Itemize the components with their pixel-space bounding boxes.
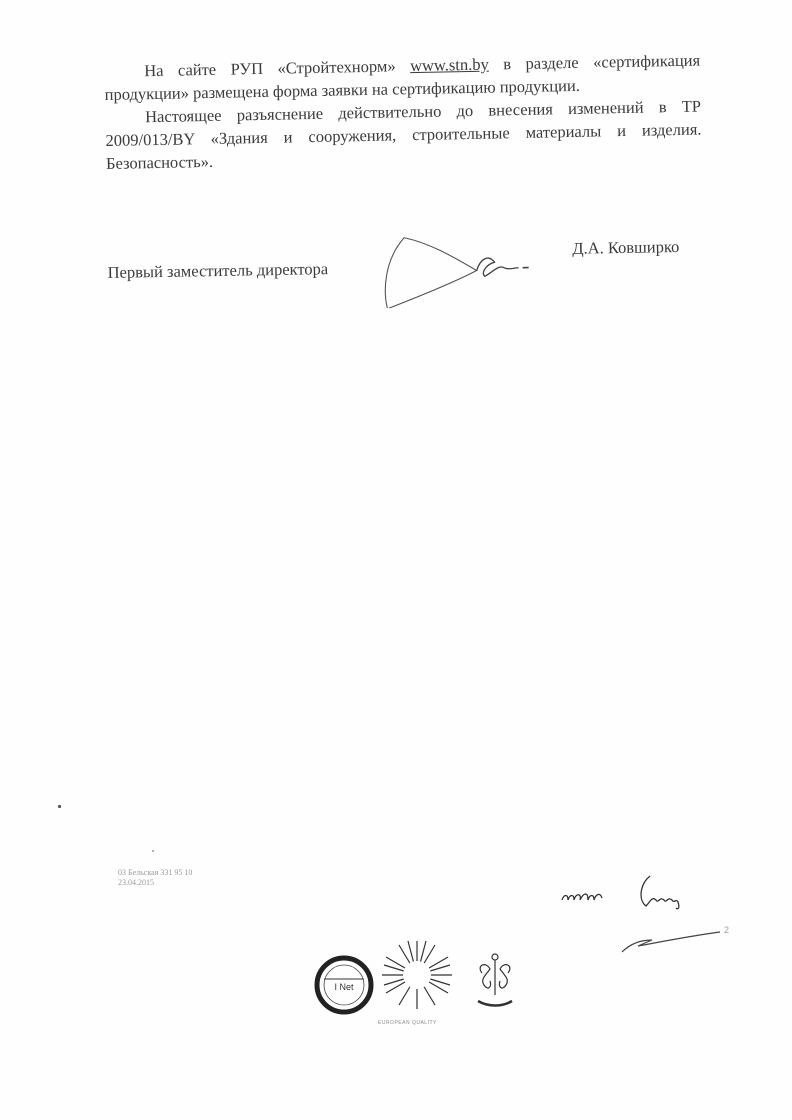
document-body: На сайте РУП «Стройтехнорм» www.stn.by в… [104,49,702,175]
signature-block: Первый заместитель директора Д.А. Ковшир… [104,225,705,325]
signature-icon [376,227,547,310]
executor-note: 03 Бельская 331 95 10 23.04.2015 [118,868,192,888]
emblem-seal-icon [478,954,512,1006]
european-quality-seal-icon [382,941,452,1009]
iqnet-seal-icon: I Net [317,958,371,1012]
handwritten-annotation-icon [560,870,760,960]
page-mark: 2 [724,925,729,935]
stamp-caption: EUROPEAN QUALITY [378,1020,437,1026]
paragraph-validity: Настоящее разъяснение действительно до в… [105,95,702,175]
document-page: На сайте РУП «Стройтехнорм» www.stn.by в… [0,0,792,1120]
paragraph-1-start: На сайте РУП «Стройтехнорм» [144,56,410,80]
executor-line: 03 Бельская 331 95 10 [118,868,192,878]
signatory-name: Д.А. Ковширко [572,237,679,259]
website-link[interactable]: www.stn.by [410,55,489,76]
scan-speck [152,850,154,852]
scan-speck [58,805,61,808]
signatory-title: Первый заместитель директора [107,259,328,283]
svg-text:I Net: I Net [334,982,354,992]
document-date: 23.04.2015 [118,878,192,888]
